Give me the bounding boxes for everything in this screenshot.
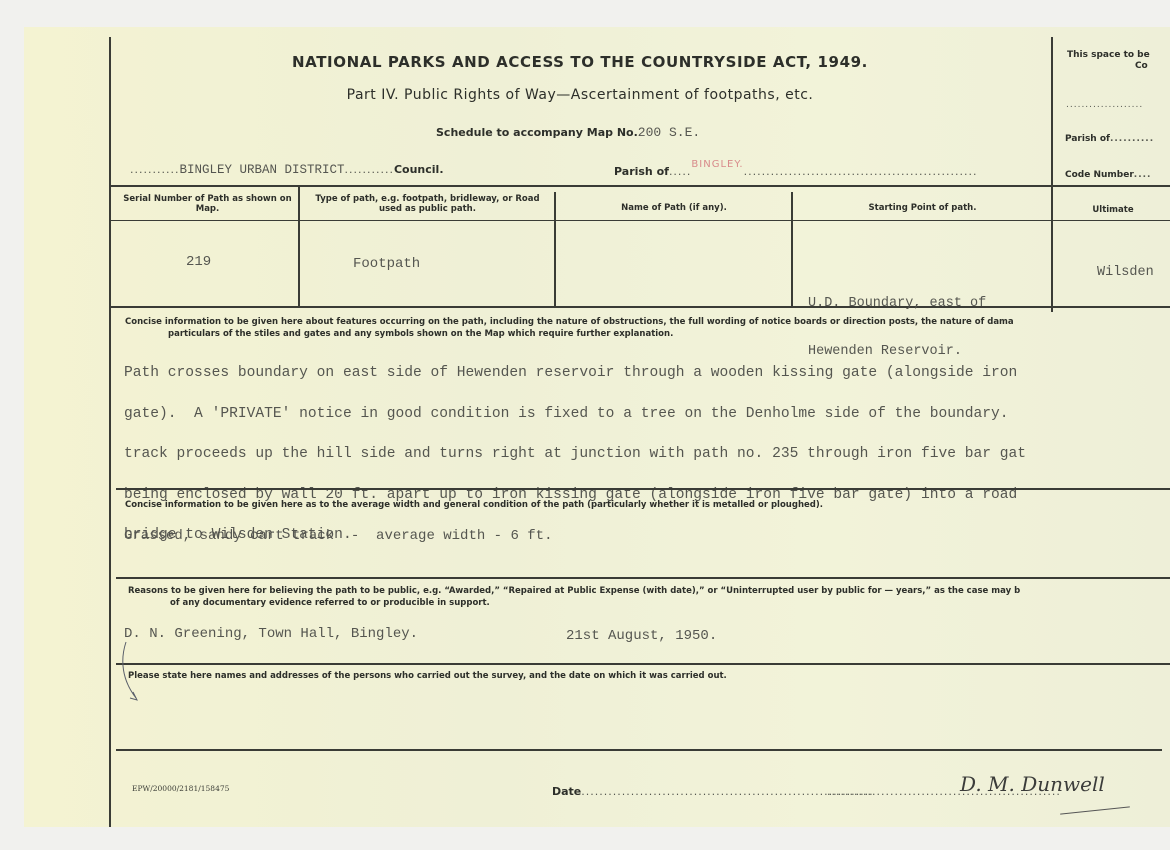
council-label: Council. [394,163,444,176]
council-dots-left: ........... [130,163,179,176]
parish-label: Parish of [614,165,669,178]
table-bottom-rule [111,306,1170,308]
side-box-code-dots: .... [1134,170,1152,180]
pencil-arrow-mark [118,640,148,705]
side-box-heading: This space to be Co [1067,50,1150,72]
features-label: Concise information to be given here abo… [125,316,1014,340]
cell-ultimate: Wilsden [1097,265,1154,280]
map-number-value: 200 S.E. [638,125,700,140]
header-type: Type of path, e.g. footpath, bridleway, … [305,194,550,214]
date-label: Date [552,785,581,798]
parish-stamp-value: BINGLEY. [691,159,743,170]
council-dots-right: ........... [345,163,394,176]
schedule-label: Schedule to accompany Map No. [436,126,638,139]
col-divider-1 [298,187,300,307]
footer-top-rule [116,749,1162,751]
table-header-rule [111,220,1170,221]
reasons-label-line2: of any documentary evidence referred to … [128,597,1020,609]
signature: D. M. Dunwell [960,772,1105,796]
reasons-label: Reasons to be given here for believing t… [128,585,1020,609]
features-label-line2: particulars of the stiles and gates and … [125,328,1014,340]
table-top-rule [111,185,1170,187]
parish-dots-right: ........................................… [744,165,978,178]
cell-start-line1: U.D. Boundary, east of [808,296,986,312]
features-line: gate). A 'PRIVATE' notice in good condit… [124,408,1026,422]
form-subtitle: Part IV. Public Rights of Way—Ascertainm… [55,87,1105,103]
reasons-top-rule [116,577,1170,579]
side-box-heading-line2: Co [1067,61,1150,72]
side-box-code: Code Number.... [1065,170,1151,180]
council-line: ...........BINGLEY URBAN DISTRICT.......… [130,163,444,177]
side-box-parish-label: Parish of [1065,134,1110,144]
side-box-code-label: Code Number [1065,170,1134,180]
side-box-blank-line: .................... [1066,100,1143,110]
schedule-line: Schedule to accompany Map No.200 S.E. [436,125,700,140]
reasons-date: 21st August, 1950. [566,628,717,644]
cell-type: Footpath [353,256,420,272]
left-border [109,37,111,827]
cell-serial: 219 [186,254,211,270]
side-box-heading-line1: This space to be [1067,50,1150,61]
reasons-label-line1: Reasons to be given here for believing t… [128,585,1020,597]
width-top-rule [116,488,1170,490]
header-ultimate: Ultimate [1058,205,1168,215]
reasons-name: D. N. Greening, Town Hall, Bingley. [124,626,418,642]
survey-top-rule [116,663,1170,665]
form-title: NATIONAL PARKS AND ACCESS TO THE COUNTRY… [55,53,1105,71]
parish-line: Parish of.....BINGLEY...................… [614,165,977,178]
header-serial: Serial Number of Path as shown on Map. [120,194,295,214]
date-field[interactable]: Date....................................… [552,785,874,798]
form-code: EPW/20000/2181/158475 [132,784,229,793]
features-text: Path crosses boundary on east side of He… [124,340,1026,556]
side-box-parish: Parish of.......... [1065,134,1154,144]
width-label: Concise information to be given here as … [125,499,823,511]
features-line: Path crosses boundary on east side of He… [124,367,1026,381]
col-divider-2 [554,192,556,307]
header-name: Name of Path (if any). [560,203,788,213]
col-divider-3 [791,192,793,307]
survey-label: Please state here names and addresses of… [128,670,727,682]
parish-dots: ..... [669,165,691,178]
council-value: BINGLEY URBAN DISTRICT [179,163,344,177]
right-side-box-border [1051,37,1053,312]
side-box-parish-dots: .......... [1110,134,1154,144]
header-start: Starting Point of path. [795,203,1050,213]
width-value: Grassed, sandy cart track - average widt… [124,528,552,544]
features-label-line1: Concise information to be given here abo… [125,316,1014,328]
features-line: track proceeds up the hill side and turn… [124,448,1026,462]
